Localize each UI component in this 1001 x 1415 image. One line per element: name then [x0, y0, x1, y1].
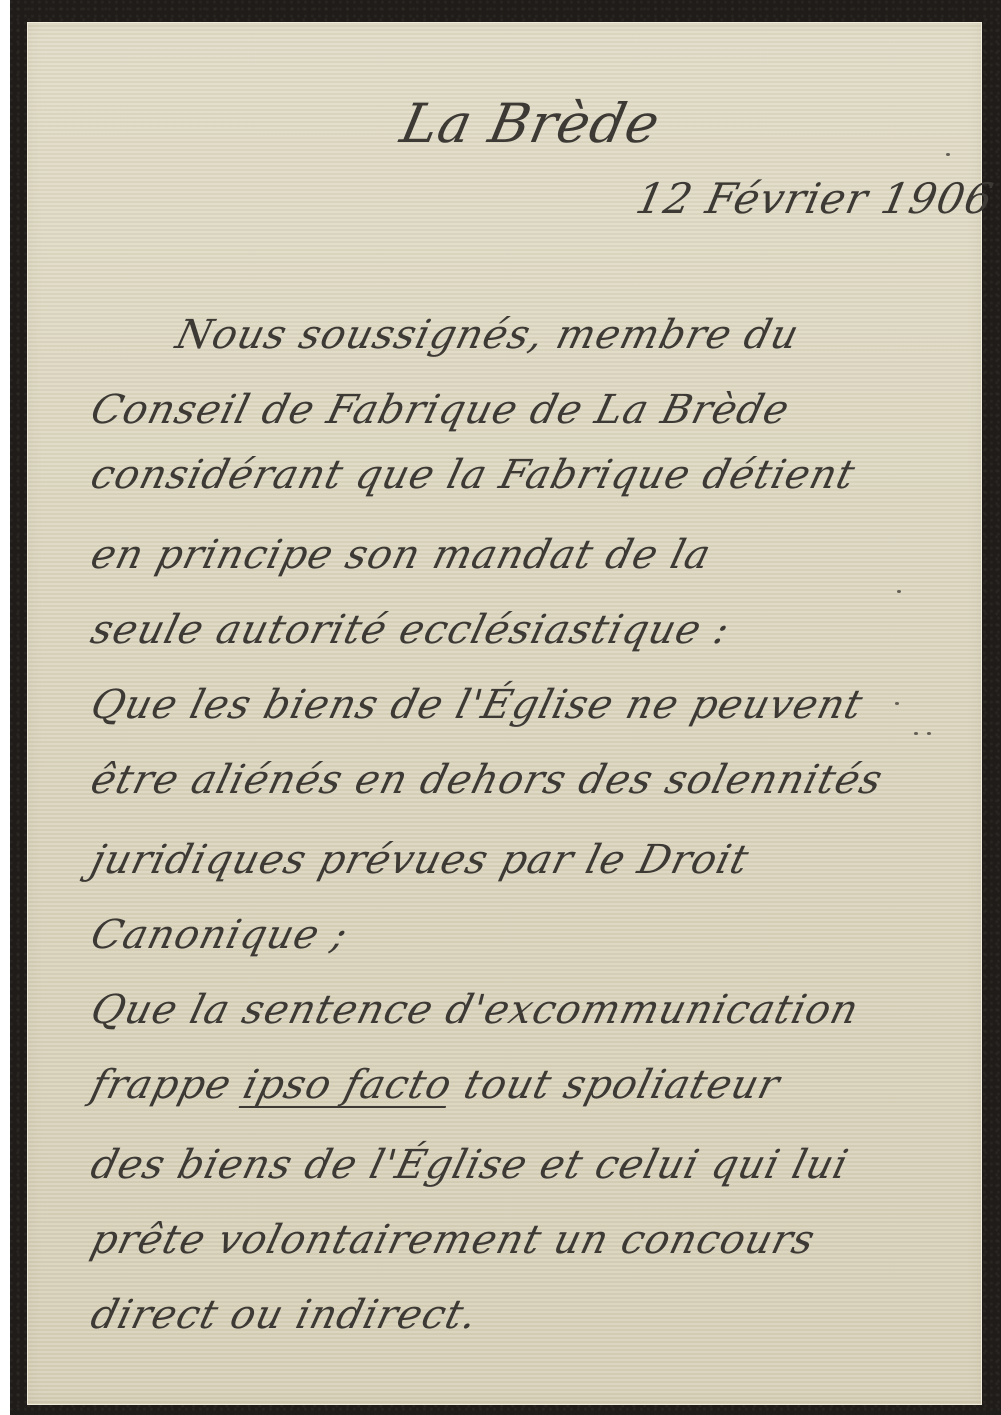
- body-line-11-before: frappe: [86, 1062, 250, 1108]
- body-line-12: des biens de l'Église et celui qui lui: [86, 1142, 853, 1188]
- body-line-9: Canonique ;: [86, 912, 353, 958]
- body-line-6: Que les biens de l'Église ne peuvent: [86, 682, 868, 728]
- ink-speck: [914, 732, 918, 735]
- underlined-phrase: ipso facto: [239, 1062, 457, 1108]
- body-line-3: considérant que la Fabrique détient: [86, 452, 860, 498]
- ink-speck: [946, 153, 950, 156]
- body-line-2: Conseil de Fabrique de La Brède: [86, 387, 794, 433]
- ink-speck: [927, 732, 931, 735]
- body-line-14: direct ou indirect.: [86, 1292, 482, 1338]
- ink-speck: [897, 590, 901, 593]
- body-line-5: seule autorité ecclésiastique :: [86, 607, 734, 653]
- body-line-10: Que la sentence d'excommunication: [86, 987, 863, 1033]
- letter-page: La Brède 12 Février 1906 Nous soussignés…: [27, 22, 982, 1405]
- body-line-1: Nous soussignés, membre du: [171, 312, 804, 358]
- letter-date: 12 Février 1906: [632, 174, 998, 223]
- ink-speck: [895, 702, 899, 705]
- body-line-11-after: tout spoliateur: [446, 1062, 785, 1108]
- body-line-13: prête volontairement un concours: [86, 1217, 820, 1263]
- body-line-4: en principe son mandat de la: [86, 532, 716, 578]
- body-line-7: être aliénés en dehors des solennités: [86, 757, 887, 803]
- body-line-8: juridiques prévues par le Droit: [86, 837, 754, 883]
- letter-place: La Brède: [395, 92, 666, 155]
- body-line-11: frappe ipso facto tout spoliateur: [86, 1062, 784, 1108]
